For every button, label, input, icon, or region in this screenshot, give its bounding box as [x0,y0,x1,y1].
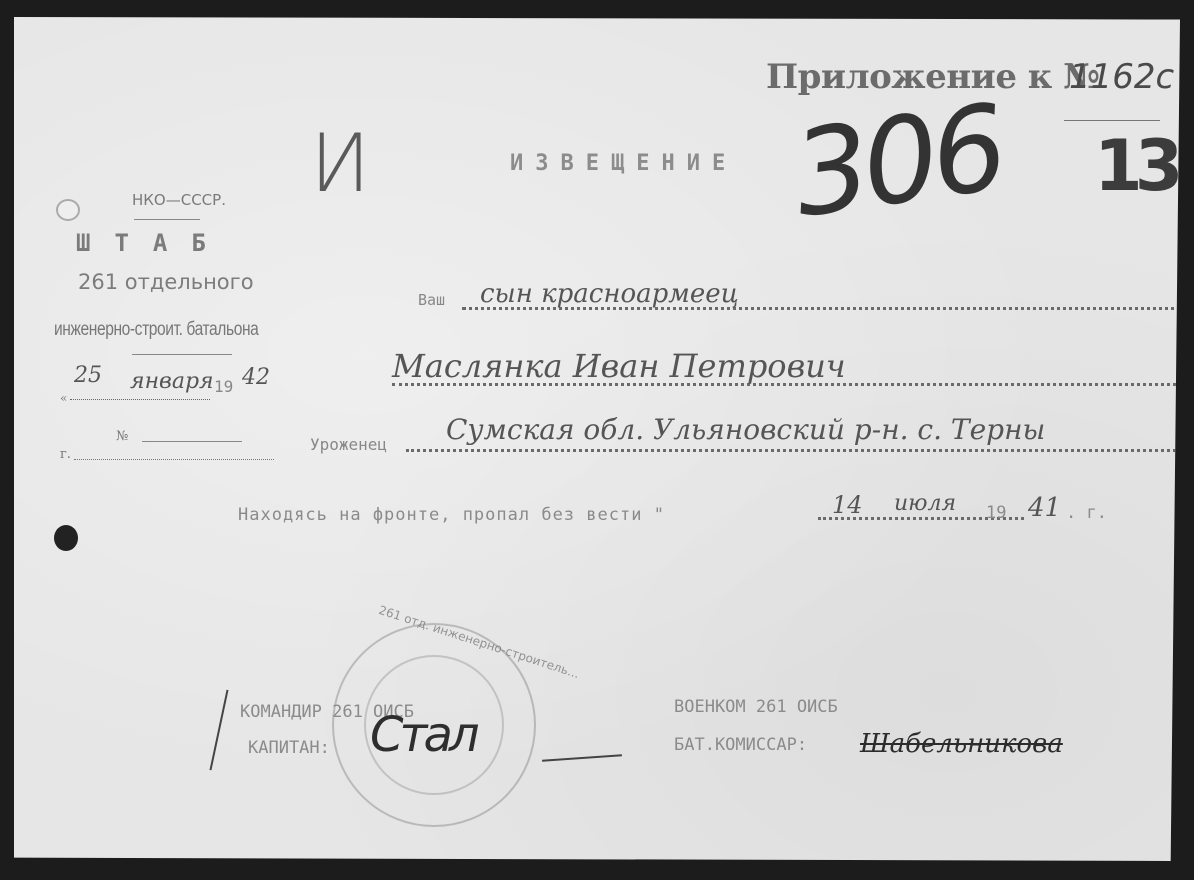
missing-sentence: Находясь на фронте, пропал без вести " [238,505,665,525]
date-quote: « [60,391,67,405]
missing-year-handwritten: 41 [1028,493,1061,523]
unit-type-label: инженерно-строит. батальона [54,319,258,341]
dotted-line [406,449,1188,452]
issue-year-printed: 19 [214,377,233,396]
margin-mark: И [310,117,370,210]
year-suffix: . г. [1066,503,1107,523]
document-title: ИЗВЕЩЕНИЕ [510,151,737,176]
ref-number-label: № [116,429,128,444]
commander-rank: КАПИТАН: [248,738,330,758]
sheet-number: 131 [1094,125,1194,207]
label-your: Ваш [418,291,445,309]
issue-date-month: января [130,369,214,394]
birthplace-value: Сумская обл. Ульяновский р-н. с. Терны [446,413,1045,446]
soldier-name: Маслянка Иван Петрович [392,347,846,385]
city-line [74,459,274,460]
divider [132,354,232,355]
city-label: г. [60,447,71,462]
pen-stroke [209,690,228,771]
commander-signature: Стал [370,707,476,763]
missing-day: 14 [832,491,863,519]
document-sheet: Приложение к № 1162с 306 131 И ИЗВЕЩЕНИЕ… [14,17,1180,861]
commissar-rank: БАТ.КОМИССАР: [674,735,807,755]
unit-label: 261 отдельного [78,270,254,294]
headquarters-label: ШТАБ [76,229,230,257]
ref-number-line [142,441,242,442]
issue-year-handwritten: 42 [242,365,270,390]
relation-value: сын красноармеец [480,279,739,309]
divider [134,219,200,220]
issue-date-day: 25 [74,363,102,388]
label-native: Уроженец [310,435,387,454]
appendix-number: 1162с [1069,57,1174,97]
commissar-title: ВОЕНКОМ 261 ОИСБ [674,697,838,717]
handwritten-number: 306 [785,78,1009,243]
ministry-label: НКО—СССР. [132,191,226,209]
appendix-underline [1064,120,1160,121]
punch-hole [54,525,78,551]
punch-hole [56,199,80,221]
date-dotted-line [70,399,210,400]
missing-month: июля [894,491,956,516]
commissar-signature: Шабельникова [860,729,1063,759]
missing-year-printed: 19 [986,503,1006,523]
signature-flourish [542,754,622,762]
